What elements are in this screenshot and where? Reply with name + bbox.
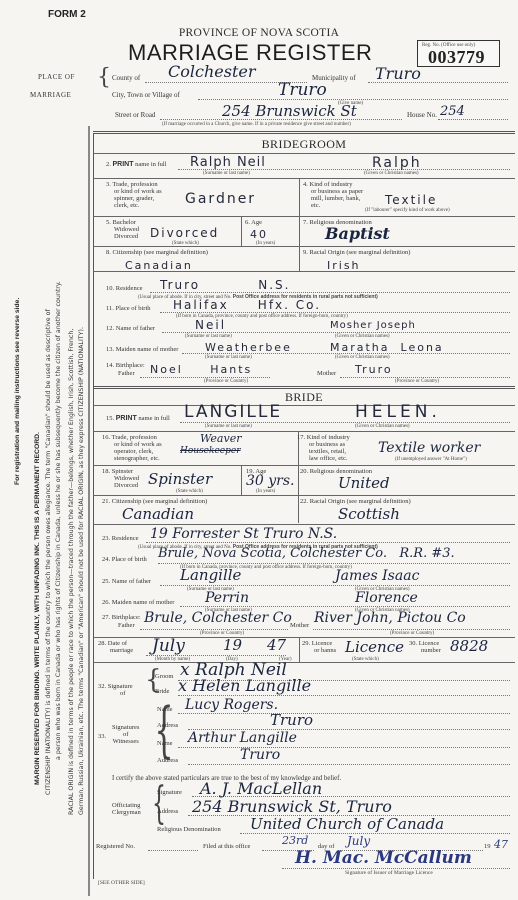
marriage-label: MARRIAGE — [30, 91, 71, 99]
surname-hint: (Surname or last name) — [185, 334, 232, 339]
rule — [93, 246, 515, 247]
residence-line — [150, 292, 510, 293]
witnesses-label: Signatures of Witnesses — [112, 724, 139, 745]
industry-hint: (If "labourer" specify kind of work abov… — [365, 208, 450, 213]
form-number: FORM 2 — [48, 9, 86, 20]
binding-rule — [88, 126, 90, 896]
groom-mother-surname: Weatherbee — [205, 341, 292, 354]
mother-bp-label: Mother — [317, 370, 336, 377]
bride-heading: BRIDE — [93, 390, 515, 405]
bride-birthplace-value: Brule, Nova Scotia, Colchester Co. R.R. … — [158, 546, 455, 561]
province-hint: (Province or Country) — [204, 379, 248, 384]
bride-mother-given: Florence — [355, 590, 418, 606]
marriage-month: July — [152, 636, 185, 656]
bride-signature-label: Bride — [155, 688, 169, 695]
filed-month: July — [347, 834, 370, 848]
column-divider — [299, 178, 300, 271]
bride-birthplace-label: 24. Place of birth — [102, 556, 147, 563]
bridegroom-heading: BRIDEGROOM — [93, 137, 515, 152]
age-hint: (In years) — [256, 489, 275, 494]
bride-name-line — [180, 422, 510, 423]
groom-citizenship-label: 8. Citizenship (see marginal definition) — [106, 249, 208, 256]
year-prefix: 19 — [484, 843, 491, 850]
rule — [93, 178, 515, 179]
witness-2-name-line — [178, 747, 510, 748]
bride-mother-birthplace: River John, Pictou Co — [314, 610, 466, 626]
groom-mother-label: 13. Maiden name of mother — [106, 346, 178, 353]
witness-1-address-label: Address — [157, 722, 178, 729]
column-divider — [241, 465, 242, 495]
bride-racial-value: Scottish — [338, 505, 400, 523]
groom-age-label: 6. Age — [245, 219, 262, 226]
bride-citizenship-value: Canadian — [122, 505, 194, 523]
county-label: County of — [112, 74, 140, 82]
registration-number-box: Reg. No. (Office use only) 003779 — [417, 40, 500, 67]
licence-or-banns-label: 29. Licence or banns — [302, 640, 336, 654]
signature-of-label: 32. Signature of — [98, 683, 133, 697]
county-value: Colchester — [168, 62, 255, 81]
groom-trade-value: Gardner — [185, 191, 256, 207]
witness-1-name: Lucy Rogers. — [185, 697, 278, 713]
bride-given-value: HELEN. — [355, 402, 441, 422]
margin-citizenship-definition-cont: a person who was born in Canada or who h… — [55, 281, 62, 760]
bride-signature-line — [178, 695, 510, 696]
groom-father-surname: Neil — [195, 318, 226, 332]
surname-hint: (Surname or last name) — [205, 424, 252, 429]
groom-age-value: 40 — [250, 228, 268, 241]
groom-father-given: Mosher Joseph — [330, 320, 416, 331]
mother-bp-label: Mother — [290, 622, 309, 629]
groom-industry-value: Textile — [385, 193, 437, 207]
margin-citizenship-definition: CITIZENSHIP (NATIONALITY) is defined in … — [45, 309, 52, 795]
province-hint: (Province or Country) — [390, 631, 434, 636]
rule — [93, 131, 515, 134]
groom-industry-label: 4. Kind of industry or business as paper… — [303, 181, 363, 209]
groom-birthplace-value: Halifax Hfx. Co. — [173, 298, 321, 312]
province-heading: PROVINCE OF NOVA SCOTIA — [0, 27, 518, 39]
margin-instructions: For registration and mailing instruction… — [14, 298, 21, 485]
groom-parents-birthplace-label: 14. Birthplace: — [106, 362, 145, 369]
registered-no-label: Registered No. — [96, 843, 135, 850]
bride-citizenship-label: 21. Citizenship (see marginal definition… — [102, 498, 207, 505]
father-line — [160, 585, 510, 586]
groom-residence-label: 10. Residence — [106, 285, 142, 292]
groom-religion-value: Baptist — [325, 224, 390, 243]
witness-2-address-label: Address — [157, 757, 178, 764]
bride-status-label: 18. Spinster Widowed Divorced — [102, 468, 139, 489]
marriage-register-document: For registration and mailing instruction… — [0, 0, 518, 900]
reg-no-value: 003779 — [428, 47, 485, 68]
rule — [93, 495, 515, 496]
column-divider — [241, 216, 242, 246]
registered-no-line — [148, 850, 198, 851]
column-divider — [299, 637, 300, 662]
city-value: Truro — [278, 80, 327, 100]
rule — [93, 271, 515, 272]
bride-parents-birthplace-label: 27. Birthplace: — [102, 614, 141, 621]
filed-day: 23rd — [282, 834, 308, 847]
clergy-denomination-label: Religious Denomination — [157, 826, 221, 833]
father-bp-label: Father — [118, 622, 135, 629]
witness-2-address: Truro — [240, 747, 280, 763]
city-line — [198, 99, 508, 100]
witness-2-address-line — [188, 764, 510, 765]
house-no-value: 254 — [440, 104, 465, 119]
groom-status-value: Divorced — [150, 226, 219, 240]
bride-trade-label: 16. Trade, profession or kind of work as… — [102, 434, 162, 462]
filed-year: 47 — [494, 838, 508, 851]
clergy-denomination: United Church of Canada — [250, 815, 444, 833]
rule — [93, 431, 515, 432]
industry-hint: (If unemployed answer "At Home") — [395, 457, 467, 462]
rule — [93, 662, 515, 663]
groom-residence-value: Truro N.S. — [160, 278, 290, 292]
clergy-denomination-line — [240, 833, 510, 834]
given-hint: (Given or Christian names) — [364, 171, 419, 176]
surname-hint: (Surname or last name) — [203, 171, 250, 176]
witnesses-number: 33. — [98, 733, 106, 740]
issuer-signature-line — [282, 868, 510, 869]
father-bp-label: Father — [118, 370, 135, 377]
groom-birthplace-label: 11. Place of birth — [106, 305, 151, 312]
witness-2-name: Arthur Langille — [188, 730, 297, 746]
officiating-clergyman-label: Officiating Clergyman — [112, 802, 141, 816]
bride-industry-value: Textile worker — [378, 440, 480, 456]
margin-racial-definition: RACIAL ORIGIN is defined in terms of the… — [68, 329, 75, 815]
house-no-label: House No. — [407, 111, 437, 119]
margin-binding-notice: MARGIN RESERVED FOR BINDING. WRITE PLAIN… — [34, 432, 41, 785]
clergy-signature: A. J. MacLellan — [200, 779, 322, 798]
street-label: Street or Road — [115, 111, 155, 119]
city-label: City, Town or Village of — [112, 91, 180, 99]
margin-racial-definition-cont: German, Russian, Ukrainian, etc. The ter… — [78, 327, 85, 815]
bride-residence-value: 19 Forrester St Truro N.S. — [150, 526, 337, 542]
bride-status-value: Spinster — [148, 470, 212, 488]
groom-signature-label: Groom — [155, 673, 173, 680]
status-hint: (State which) — [176, 489, 203, 494]
groom-status-label: 5. Bachelor Widowed Divorced — [106, 219, 139, 240]
licence-number-value: 8828 — [450, 637, 488, 655]
groom-trade-label: 3. Trade, profession or kind of work as … — [106, 181, 162, 209]
bride-mother-surname: Perrin — [205, 590, 249, 606]
groom-father-birthplace: Noel Hants — [150, 363, 252, 376]
surname-hint: (Surname or last name) — [205, 355, 252, 360]
clergy-address: 254 Brunswick St, Truro — [192, 797, 392, 816]
street-value: 254 Brunswick St — [222, 102, 357, 120]
mother-bp-line — [313, 629, 510, 630]
licence-or-banns-value: Licence — [345, 638, 404, 656]
witness-2-name-label: Name — [157, 740, 173, 747]
street-hint: (If marriage occurred in a Church, give … — [162, 122, 351, 127]
groom-mother-birthplace: Truro — [355, 363, 393, 376]
groom-given-value: Ralph — [372, 155, 422, 171]
rule — [93, 216, 515, 217]
bride-residence-label: 23. Residence — [102, 535, 138, 542]
municipality-value: Truro — [375, 64, 421, 83]
bride-mother-label: 26. Maiden name of mother — [102, 599, 174, 606]
bride-name-label: 15. PRINT name in full — [106, 415, 170, 422]
mother-line — [180, 606, 510, 607]
filed-at-office-label: Filed at this office — [203, 843, 250, 850]
place-of-label: PLACE OF — [38, 73, 75, 81]
bride-father-given: James Isaac — [335, 568, 419, 584]
clergy-signature-label: Signature — [157, 789, 182, 796]
bride-religion-value: United — [338, 474, 390, 492]
rule — [93, 524, 515, 525]
witness-1-name-label: Name — [157, 706, 173, 713]
father-line — [162, 332, 510, 333]
bride-trade-struck-value: Housekeeper — [180, 446, 241, 456]
see-other-side-note: [SEE OTHER SIDE] — [98, 880, 145, 886]
groom-mother-given: Maratha Leona — [330, 341, 444, 354]
witness-1-address: Truro — [270, 711, 313, 729]
bride-father-label: 25. Name of father — [102, 578, 151, 585]
date-of-marriage-label: 28. Date of marriage — [98, 640, 133, 654]
issuer-signature-label: Signature of Issuer of Marriage Licence — [345, 870, 433, 876]
given-hint: (Given or Christian names) — [355, 424, 410, 429]
bride-age-value: 30 yrs. — [246, 473, 295, 489]
bride-surname-value: LANGILLE — [184, 402, 282, 422]
groom-name-label: 2. PRINT name in full — [106, 161, 167, 168]
bride-industry-label: 17. Kind of industry or business as text… — [297, 434, 350, 462]
father-bp-line — [140, 377, 270, 378]
bride-father-birthplace: Brule, Colchester Co — [144, 610, 292, 626]
rule — [93, 153, 515, 154]
mother-bp-line — [340, 377, 510, 378]
groom-father-label: 12. Name of father — [106, 325, 155, 332]
marriage-year: 47 — [267, 636, 286, 654]
bride-father-surname: Langille — [180, 566, 241, 584]
province-hint: (Province or Country) — [395, 379, 439, 384]
bride-signature: x Helen Langille — [178, 676, 311, 695]
given-hint: (Given or Christian names) — [335, 334, 390, 339]
clergy-address-label: Address — [157, 808, 178, 815]
bride-trade-value: Weaver — [200, 432, 241, 445]
bride-racial-label: 22. Racial Origin (see marginal definiti… — [300, 498, 411, 505]
given-hint: (Given or Christian names) — [335, 355, 390, 360]
birthplace-line — [158, 563, 510, 564]
licence-number-label: 30. Licence number — [409, 640, 441, 654]
marriage-day: 19 — [223, 636, 242, 654]
birthplace-line — [160, 312, 510, 313]
father-bp-line — [140, 629, 288, 630]
rule — [93, 386, 515, 389]
rule — [93, 405, 515, 406]
brace-glyph: { — [97, 67, 111, 89]
groom-racial-label: 9. Racial Origin (see marginal definitio… — [303, 249, 410, 256]
rule — [93, 465, 515, 466]
house-no-line — [438, 119, 508, 120]
witness-1-name-line — [178, 713, 510, 714]
residence-line — [146, 542, 510, 543]
groom-surname-value: Ralph Neil — [190, 155, 266, 170]
issuer-signature: H. Mac. McCallum — [295, 848, 472, 868]
